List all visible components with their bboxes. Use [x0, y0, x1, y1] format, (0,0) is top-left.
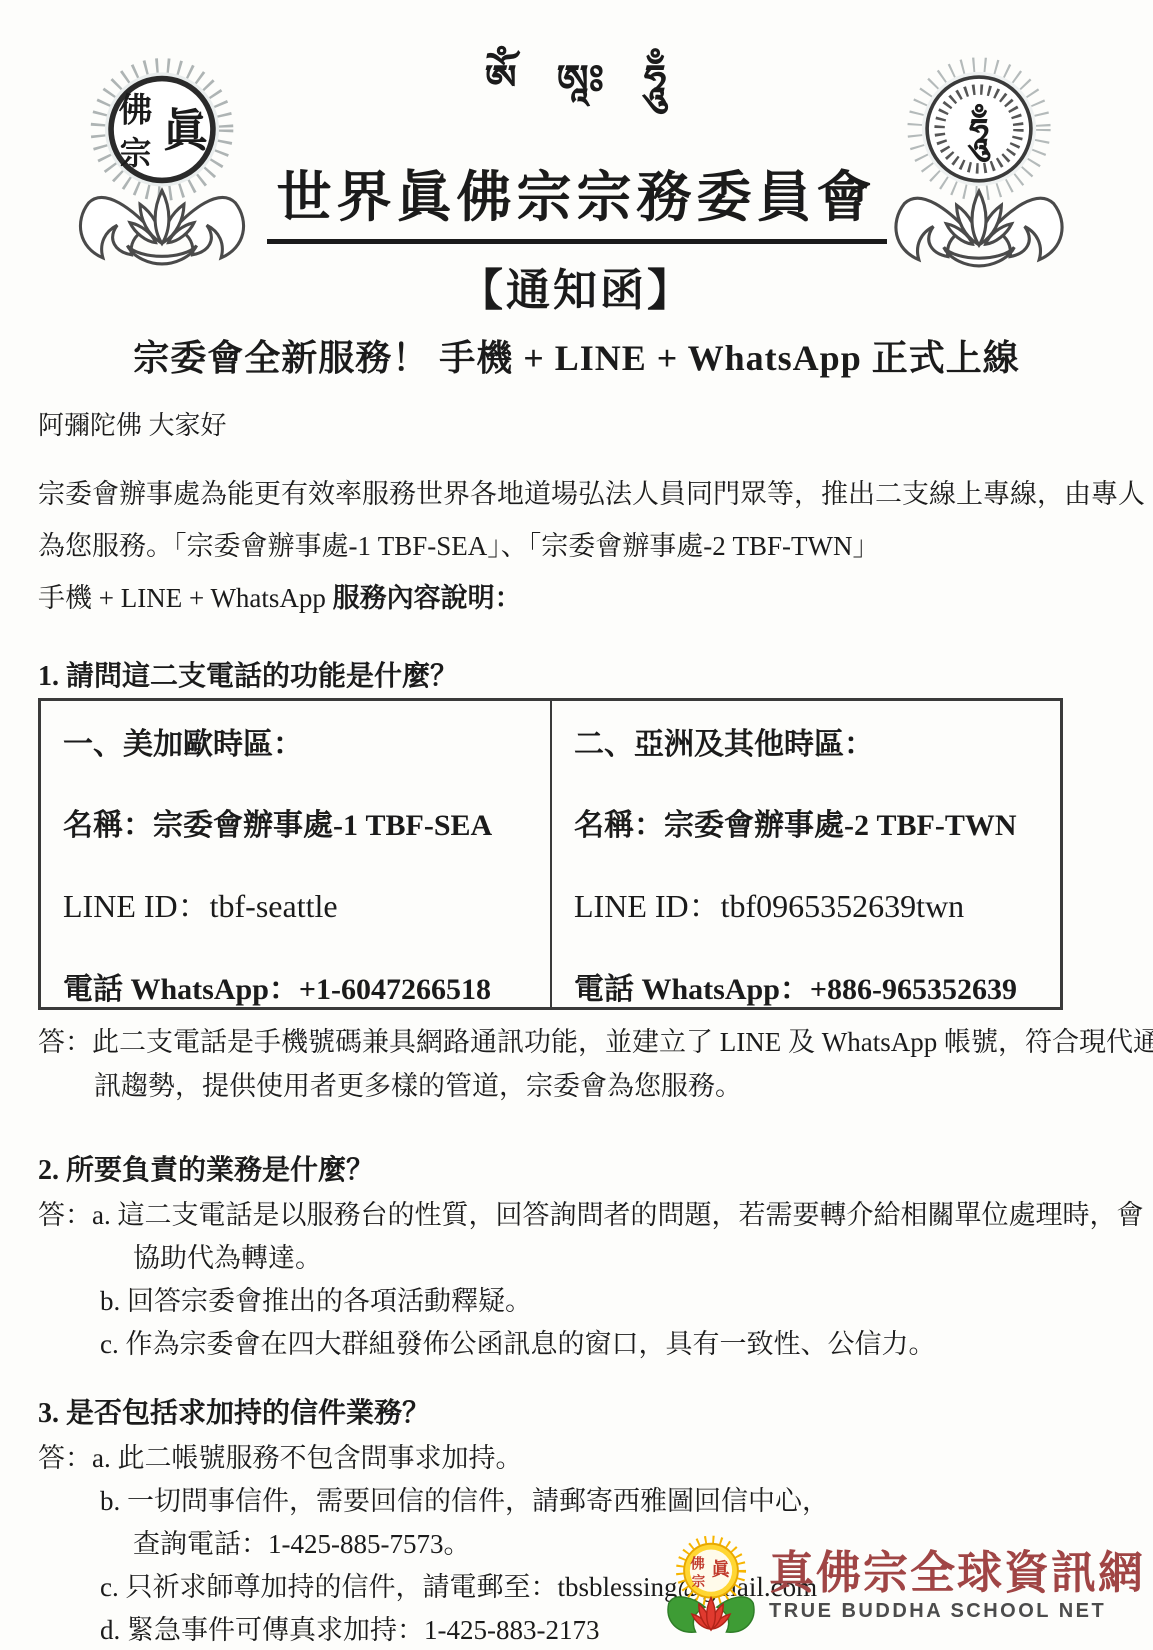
answer-1-line-2: 訊趨勢，提供使用者更多樣的管道，宗委會為您服務。: [38, 1064, 1115, 1108]
seal-char-fo: 佛: [119, 90, 153, 129]
intro-line-1: 宗委會辦事處為能更有效率服務世界各地道場弘法人員同門眾等，推出二支線上專線，由專…: [38, 468, 1115, 520]
hotline-name: 名稱：宗委會辦事處-1 TBF-SEA: [63, 800, 550, 844]
question-3-heading: 3. 是否包括求加持的信件業務？: [38, 1391, 1115, 1431]
region-label: 一、美加歐時區：: [63, 719, 550, 763]
seal-char-zhen: 眞: [163, 106, 210, 156]
answer-1-line-1: 答：此二支電話是手機號碼兼具網路通訊功能，並建立了 LINE 及 WhatsAp…: [38, 1020, 1115, 1064]
tibetan-mantra-seal-icon: ཧཱུྃ: [885, 48, 1073, 268]
letterhead-center: ཨོཾ ཨཱཿ ཧཱུྃ 世界眞佛宗宗務委員會 【通知函】: [237, 0, 917, 318]
doc-type-label: 【通知函】: [237, 254, 917, 318]
answer-2-item-a-cont: 協助代為轉達。: [38, 1237, 1115, 1280]
org-title: 世界眞佛宗宗務委員會: [237, 153, 917, 232]
hotline-name: 名稱：宗委會辦事處-2 TBF-TWN: [574, 800, 1060, 844]
question-2-heading: 2. 所要負責的業務是什麼？: [38, 1148, 1115, 1188]
footer-site-name: 真佛宗全球資訊網 TRUE BUDDHA SCHOOL NET: [769, 1550, 1145, 1622]
whatsapp-phone: 電話 WhatsApp：+886-965352639: [574, 964, 1060, 1008]
line-id: LINE ID：tbf0965352639twn: [574, 881, 1060, 927]
intro-line-3: 手機 + LINE + WhatsApp 服務內容說明：: [38, 572, 1115, 624]
answer-3-item-b: b. 一切問事信件，需要回信的信件，請郵寄西雅圖回信中心，: [38, 1480, 1115, 1523]
letter-body: 宗委會全新服務！ 手機 + LINE + WhatsApp 正式上線 阿彌陀佛 …: [0, 330, 1153, 1650]
intro-paragraph: 宗委會辦事處為能更有效率服務世界各地道場弘法人員同門眾等，推出二支線上專線，由專…: [38, 468, 1115, 624]
title-underline: [267, 239, 887, 244]
seal-char-zong: 宗: [120, 136, 152, 171]
greeting: 阿彌陀佛 大家好: [38, 405, 1115, 442]
true-buddha-school-seal-icon: 佛 眞 宗: [70, 50, 254, 266]
answer-2-item-b: b. 回答宗委會推出的各項活動釋疑。: [38, 1280, 1115, 1323]
intro-line-3-prefix: 手機 + LINE + WhatsApp: [38, 583, 333, 613]
letterhead: 佛 眞 宗 ཧཱུྃ: [0, 0, 1153, 280]
hotline-col-americas-europe: 一、美加歐時區： 名稱：宗委會辦事處-1 TBF-SEA LINE ID：tbf…: [41, 701, 552, 1008]
footer-logo: 佛 眞 宗 真佛宗全球資訊網 TRUE BUDDHA SCHOOL NET: [663, 1532, 1145, 1640]
answer-1: 答：此二支電話是手機號碼兼具網路通訊功能，並建立了 LINE 及 WhatsAp…: [38, 1020, 1115, 1108]
lotus-icon: [80, 191, 243, 264]
answer-2-item-c: c. 作為宗委會在四大群組發佈公函訊息的窗口，具有一致性、公信力。: [38, 1323, 1115, 1366]
hotline-col-asia-others: 二、亞洲及其他時區： 名稱：宗委會辦事處-2 TBF-TWN LINE ID：t…: [552, 701, 1060, 1008]
whatsapp-phone: 電話 WhatsApp：+1-6047266518: [63, 964, 550, 1008]
tbsn-logo-emblem-icon: 佛 眞 宗: [663, 1532, 759, 1640]
answer-2: 答：a. 這二支電話是以服務台的性質，回答詢問者的問題，若需要轉介給相關單位處理…: [38, 1194, 1115, 1366]
lotus-icon: [896, 191, 1062, 266]
line-id: LINE ID：tbf-seattle: [63, 881, 550, 927]
footer-seal-char-zong: 宗: [692, 1573, 706, 1589]
footer-lotus-icon: [668, 1597, 754, 1632]
intro-line-3-bold: 服務內容說明：: [333, 583, 522, 613]
site-name-cn: 真佛宗全球資訊網: [769, 1550, 1145, 1597]
site-name-en: TRUE BUDDHA SCHOOL NET: [769, 1601, 1145, 1622]
footer-seal-char-fo: 佛: [689, 1555, 705, 1573]
notice-letter-page: 佛 眞 宗 ཧཱུྃ: [0, 0, 1153, 1650]
region-label: 二、亞洲及其他時區：: [574, 719, 1060, 763]
answer-3-item-a: 答：a. 此二帳號服務不包含問事求加持。: [38, 1437, 1115, 1480]
headline: 宗委會全新服務！ 手機 + LINE + WhatsApp 正式上線: [38, 330, 1115, 381]
question-1-heading: 1. 請問這二支電話的功能是什麼？: [38, 654, 1115, 694]
answer-2-item-a: 答：a. 這二支電話是以服務台的性質，回答詢問者的問題，若需要轉介給相關單位處理…: [38, 1194, 1115, 1237]
tibetan-mantra: ཨོཾ ཨཱཿ ཧཱུྃ: [237, 34, 917, 147]
hotline-table: 一、美加歐時區： 名稱：宗委會辦事處-1 TBF-SEA LINE ID：tbf…: [38, 698, 1063, 1010]
footer-seal-char-zhen: 眞: [711, 1558, 730, 1579]
intro-line-2: 為您服務。「宗委會辦事處-1 TBF-SEA」、「宗委會辦事處-2 TBF-TW…: [38, 520, 1115, 572]
